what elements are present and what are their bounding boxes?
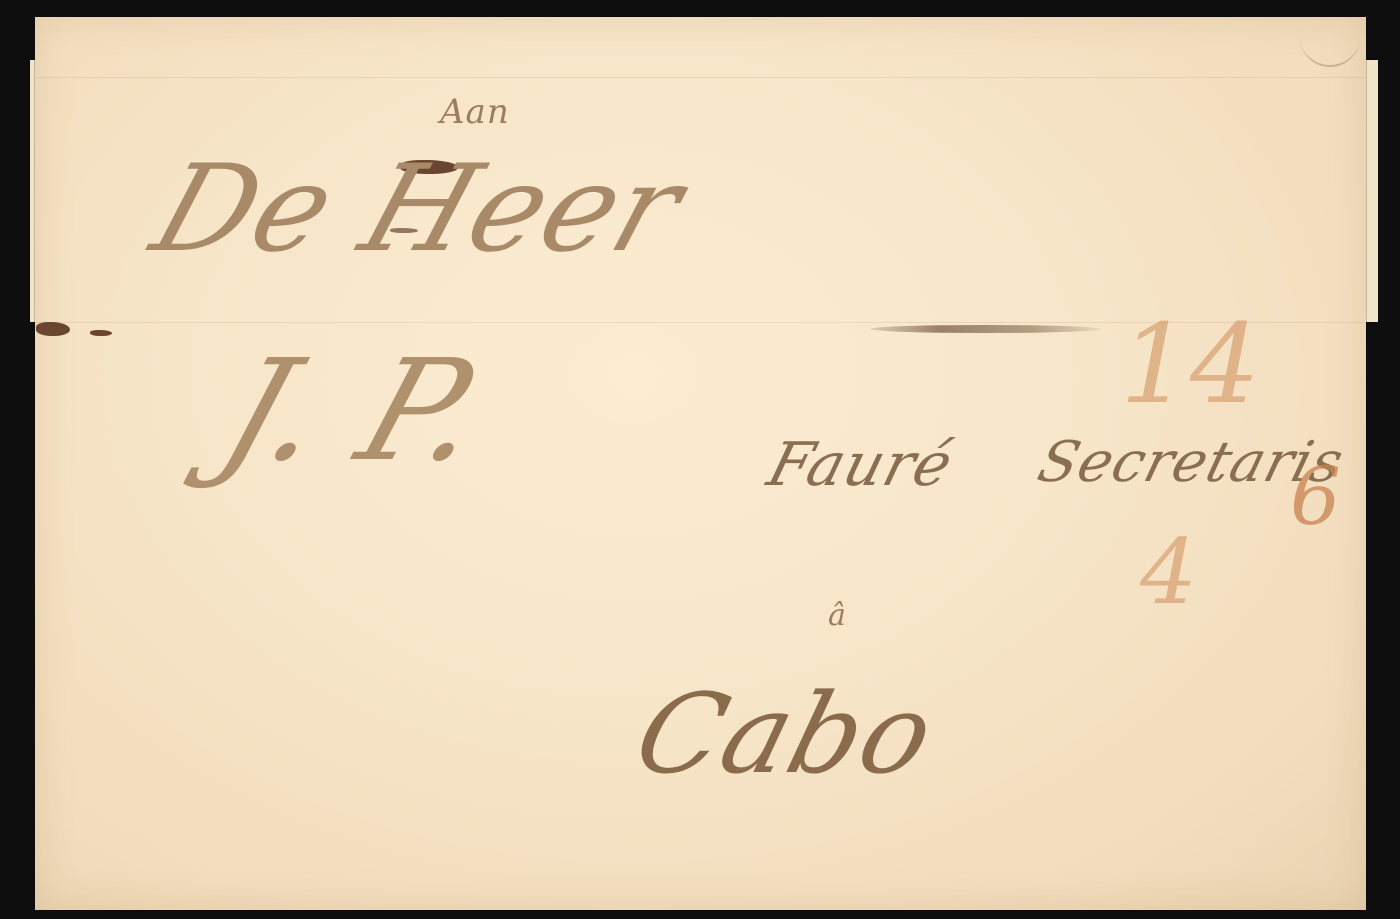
address-salutation: De Heer [137, 140, 699, 279]
recipient-initials: J. P. [204, 330, 507, 493]
ink-blot [90, 330, 112, 336]
fold-line [35, 77, 1366, 78]
destination: Cabo [623, 670, 948, 798]
rate-marking: 4 [1140, 520, 1197, 625]
rate-marking: 14 [1120, 300, 1260, 428]
pen-flourish [870, 325, 1100, 333]
corner-crease [1300, 35, 1360, 67]
ink-blot [36, 322, 70, 336]
address-to: Aan [440, 92, 510, 132]
rate-marking: 6 [1290, 450, 1341, 543]
destination-accent: â [828, 598, 847, 633]
recipient-surname: Fauré [761, 430, 961, 500]
